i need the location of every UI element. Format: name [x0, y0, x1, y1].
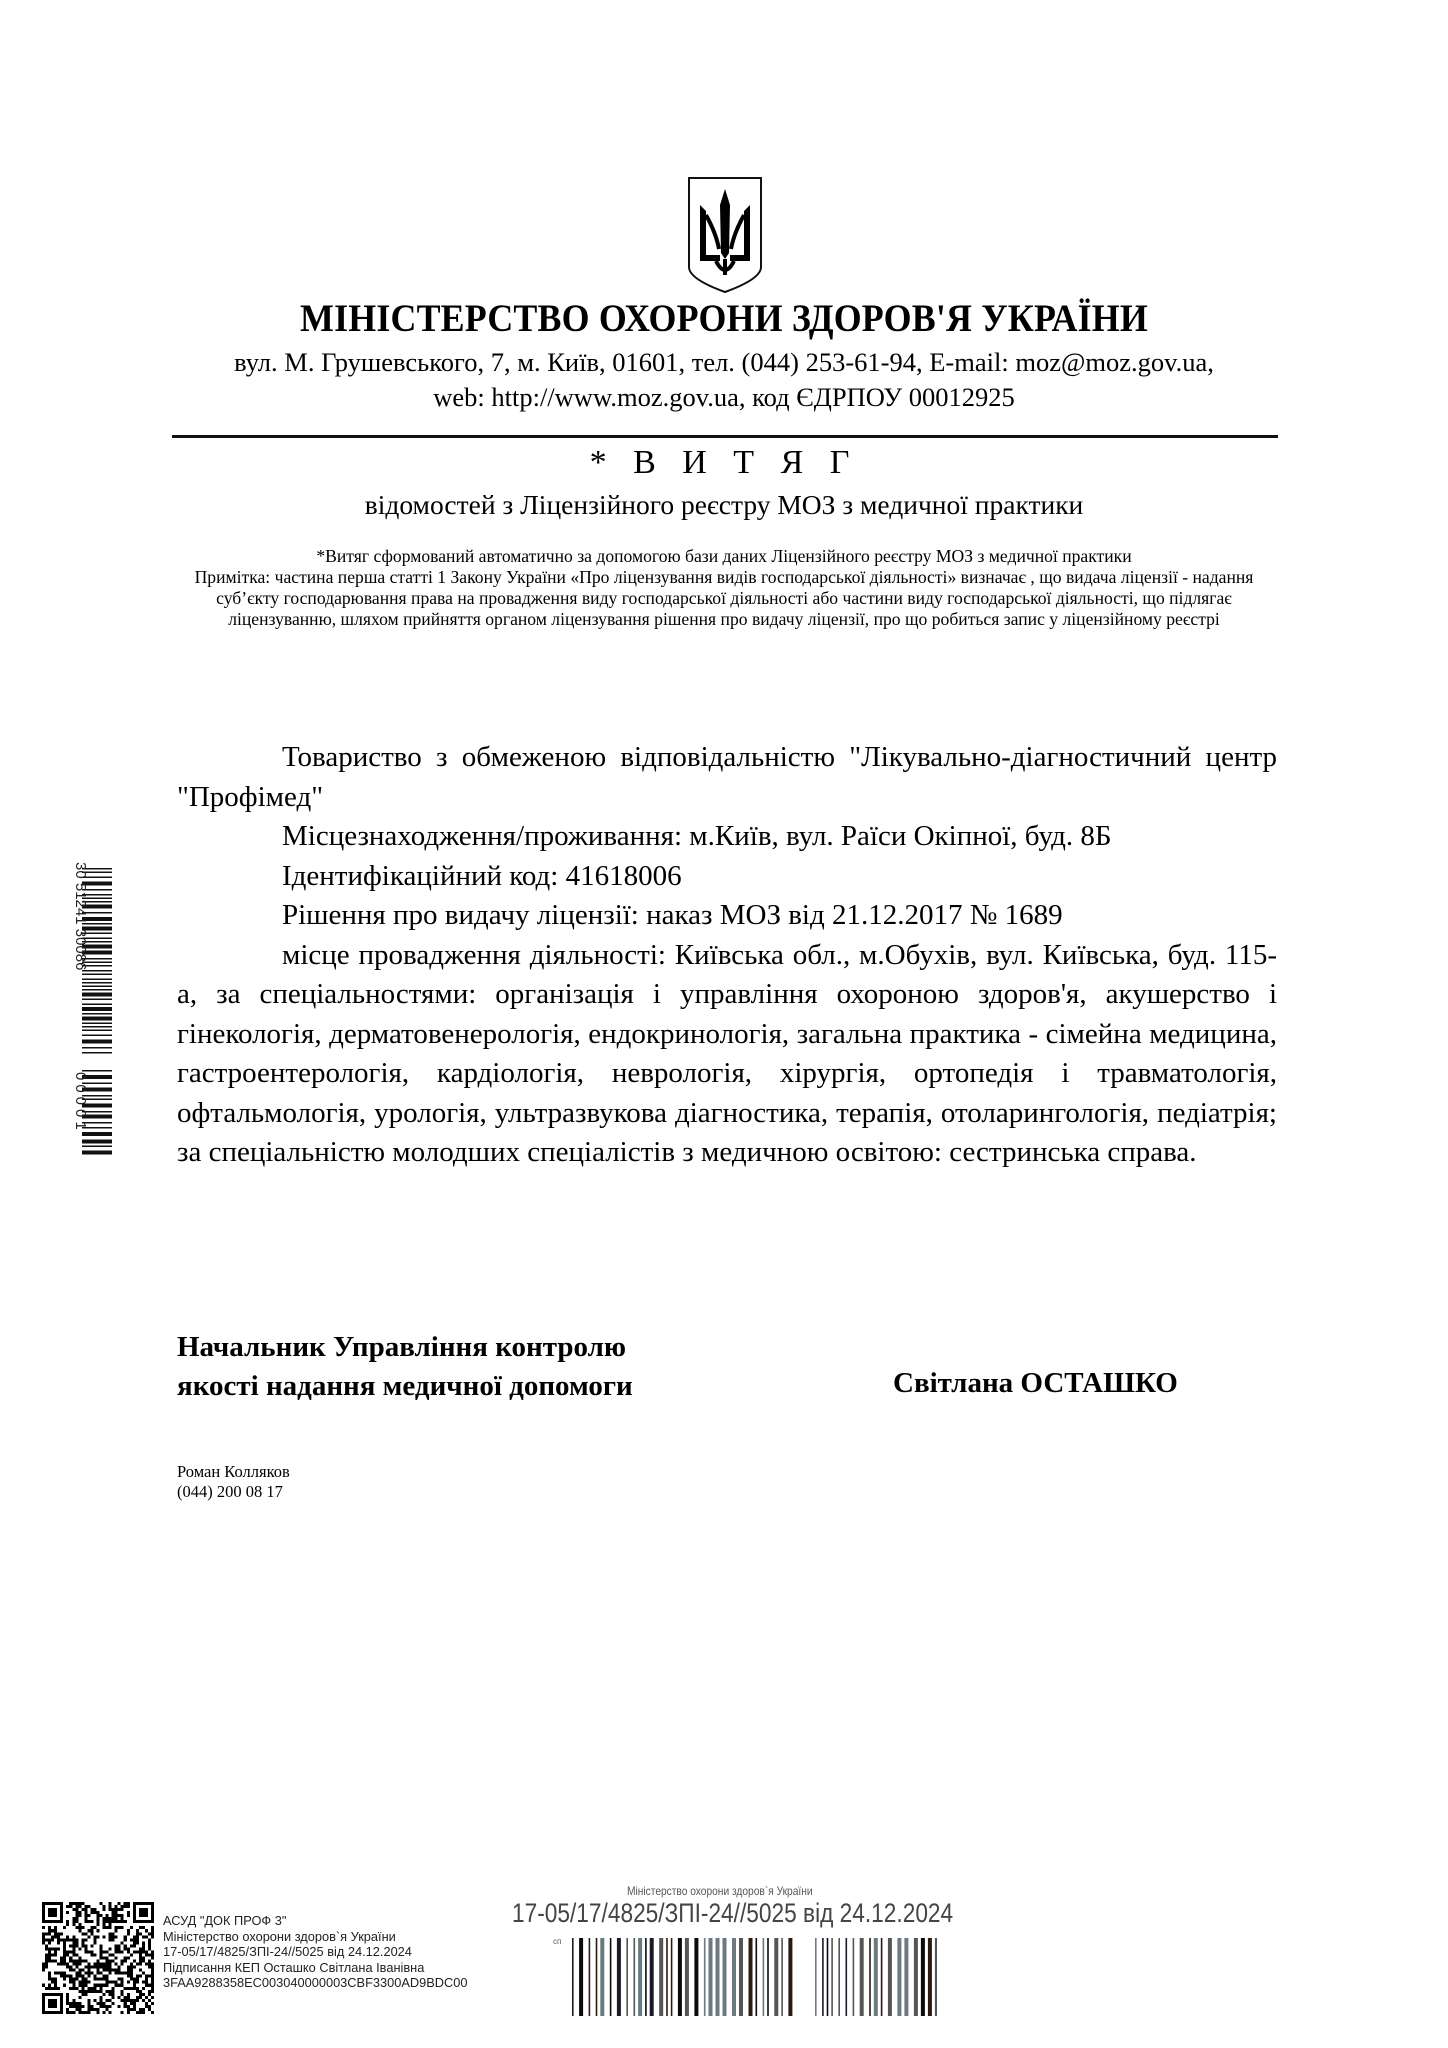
executor-name: Роман Колляков — [177, 1462, 290, 1482]
licensee-name: Товариство з обмеженою відповідальністю … — [177, 738, 1277, 817]
qr-code — [42, 1902, 154, 2014]
extract-note: *Витяг сформований автоматично за допомо… — [170, 546, 1278, 630]
signatory-position: Начальник Управління контролю якості над… — [177, 1328, 633, 1406]
licensee-location: Місцезнаходження/проживання: м.Київ, вул… — [177, 817, 1277, 857]
license-details: Товариство з обмеженою відповідальністю … — [177, 738, 1277, 1173]
extract-title: * В И Т Я Г — [0, 444, 1448, 482]
registration-ministry: Міністерство охорони здоров`я України — [627, 1884, 882, 1898]
side-barcode: 30 51241 30086 00001 — [38, 858, 112, 1168]
position-line-2: якості надання медичної допомоги — [177, 1367, 633, 1406]
stamp-signed-by: Підписання КЕП Осташко Світлана Іванівна — [163, 1960, 468, 1976]
registration-mark: сп — [553, 1937, 561, 1946]
position-line-1: Начальник Управління контролю — [177, 1328, 633, 1367]
stamp-system: АСУД "ДОК ПРОФ 3" — [163, 1913, 468, 1929]
executor-phone: (044) 200 08 17 — [177, 1482, 290, 1502]
side-barcode-digits-bottom: 00001 — [72, 1072, 89, 1134]
signatory-name: Світлана ОСТАШКО — [893, 1367, 1178, 1400]
executor-info: Роман Колляков (044) 200 08 17 — [177, 1462, 290, 1502]
ministry-title: МІНІСТЕРСТВО ОХОРОНИ ЗДОРОВ'Я УКРАЇНИ — [58, 296, 1390, 341]
extract-subtitle: відомостей з Ліцензійного реєстру МОЗ з … — [0, 489, 1448, 521]
license-decision: Рішення про видачу ліцензії: наказ МОЗ в… — [177, 896, 1277, 936]
stamp-ministry: Міністерство охорони здоров`я України — [163, 1929, 468, 1945]
ministry-address: вул. М. Грушевського, 7, м. Київ, 01601,… — [0, 347, 1448, 378]
side-barcode-digits-top: 30 51241 30086 — [72, 862, 89, 970]
ministry-web: web: http://www.moz.gov.ua, код ЄДРПОУ 0… — [0, 382, 1448, 413]
note-law: Примітка: частина перша статті 1 Закону … — [170, 567, 1278, 630]
e-signature-stamp: АСУД "ДОК ПРОФ 3" Міністерство охорони з… — [163, 1913, 468, 1991]
stamp-cert-serial: 3FAA9288358EC003040000003CBF3300AD9BDC00 — [163, 1975, 468, 1991]
stamp-registration: 17-05/17/4825/ЗПІ-24//5025 від 24.12.202… — [163, 1944, 468, 1960]
header-divider — [172, 435, 1278, 438]
activity-place-and-specialties: місце провадження діяльності: Київська о… — [177, 936, 1277, 1173]
registration-barcode — [570, 1938, 937, 2016]
note-auto-generated: *Витяг сформований автоматично за допомо… — [170, 546, 1278, 567]
registration-number: 17-05/17/4825/ЗПІ-24//5025 від 24.12.202… — [512, 1898, 953, 1929]
licensee-id-code: Ідентифікаційний код: 41618006 — [177, 857, 1277, 897]
trident-coat-of-arms-icon — [686, 175, 764, 295]
